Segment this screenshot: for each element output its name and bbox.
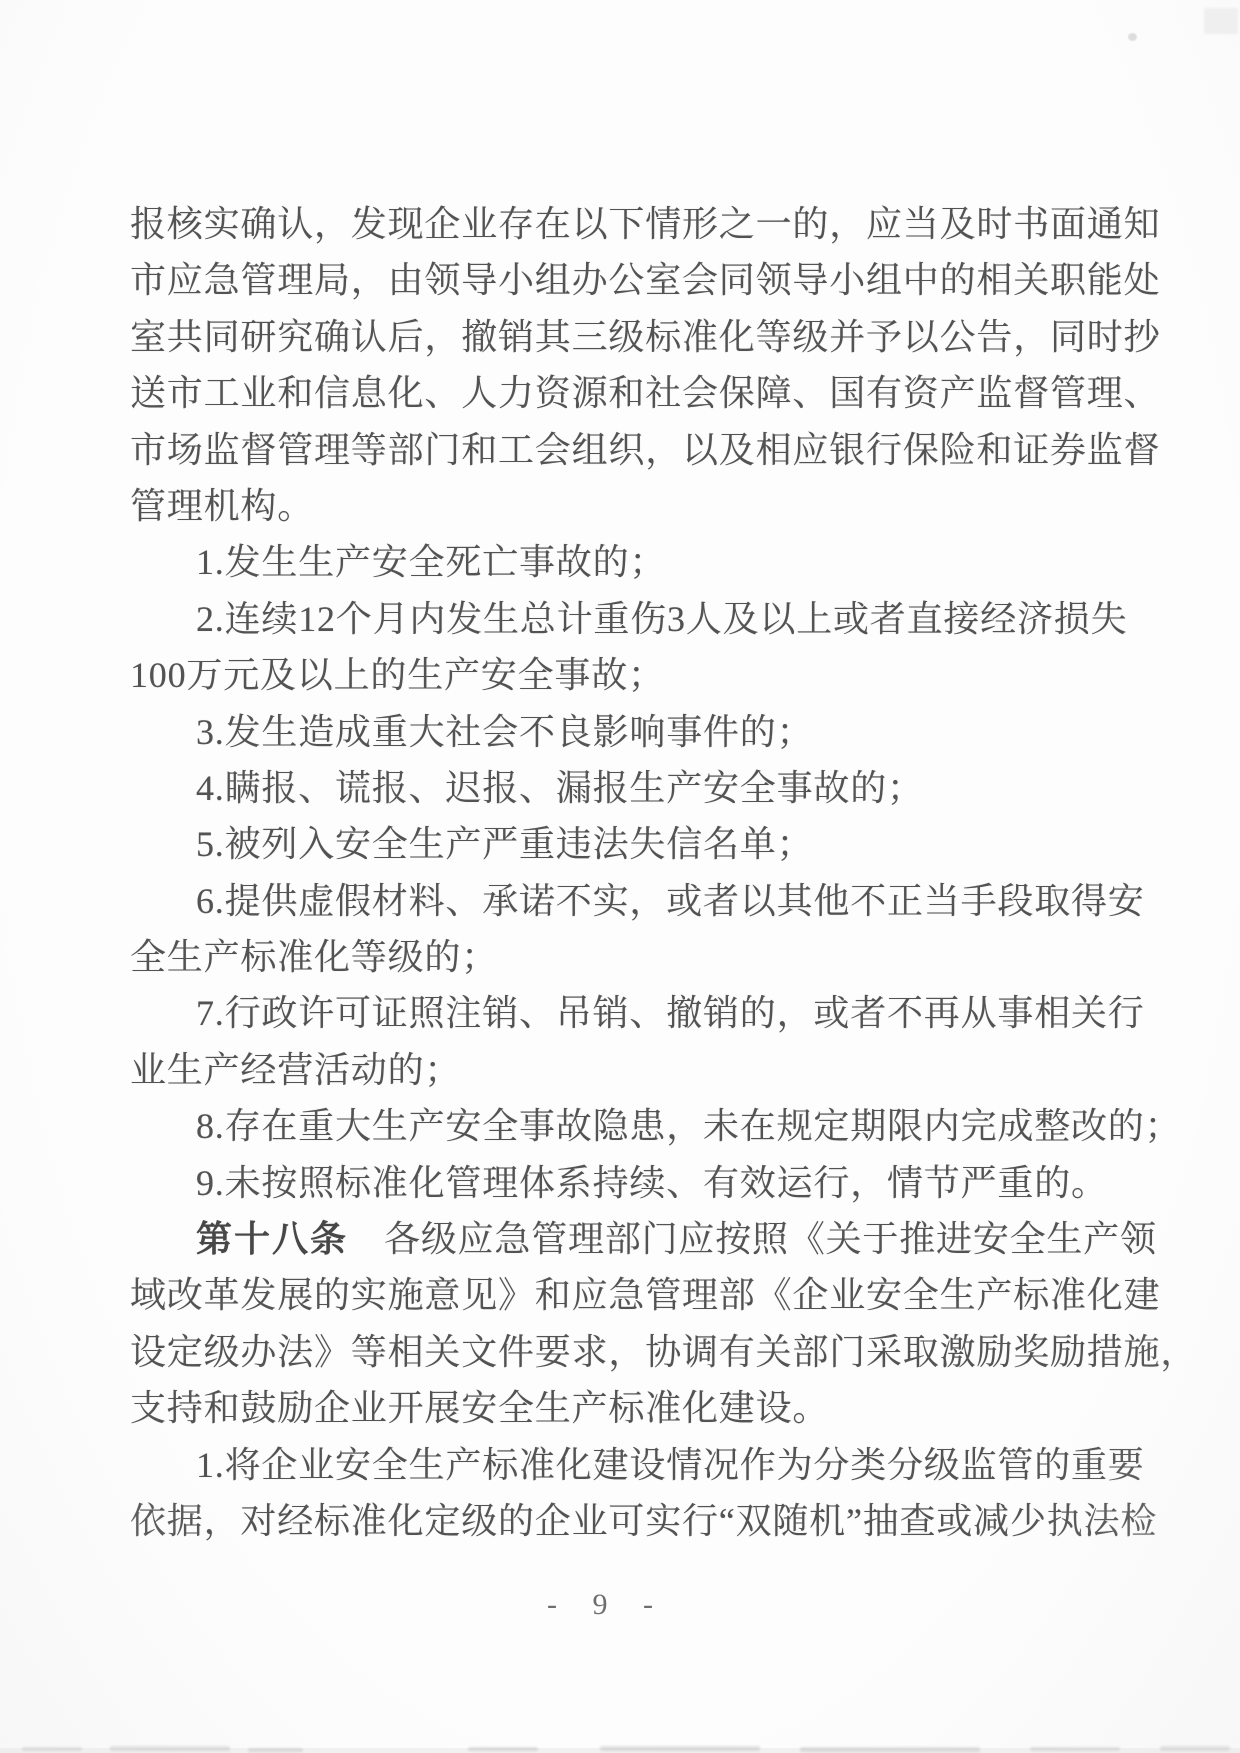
page-number: - 9 -	[0, 1588, 1214, 1622]
scan-smudge	[468, 1747, 538, 1751]
text-line: 市应急管理局，由领导小组办公室会同领导小组中的相关职能处	[130, 252, 1130, 308]
scan-smudge	[600, 1746, 760, 1751]
text-line: 100万元及以上的生产安全事故；	[130, 647, 1130, 703]
article-number-label: 第十八条	[196, 1219, 348, 1259]
text-line: 室共同研究确认后，撤销其三级标准化等级并予以公告，同时抄	[130, 309, 1130, 365]
scan-smudge	[1204, 8, 1238, 34]
document-text-block: 报核实确认，发现企业存在以下情形之一的，应当及时书面通知 市应急管理局，由领导小…	[130, 196, 1130, 1549]
text-line: 送市工业和信息化、人力资源和社会保障、国有资产监督管理、	[130, 365, 1130, 421]
scan-smudge	[248, 1748, 303, 1752]
list-item-line: 2.连续12个月内发生总计重伤3人及以上或者直接经济损失	[130, 591, 1130, 647]
list-item-line: 5.被列入安全生产严重违法失信名单；	[130, 816, 1130, 872]
article-heading-line: 第十八条各级应急管理部门应按照《关于推进安全生产领	[130, 1211, 1130, 1267]
list-item-line: 4.瞒报、谎报、迟报、漏报生产安全事故的；	[130, 760, 1130, 816]
text-line: 市场监督管理等部门和工会组织，以及相应银行保险和证券监督	[130, 422, 1130, 478]
list-item-line: 9.未按照标准化管理体系持续、有效运行，情节严重的。	[130, 1155, 1130, 1211]
list-item-line: 1.将企业安全生产标准化建设情况作为分类分级监管的重要	[130, 1437, 1130, 1493]
text-line: 全生产标准化等级的；	[130, 929, 1130, 985]
article-text: 各级应急管理部门应按照《关于推进安全生产领	[384, 1219, 1157, 1259]
scan-smudge	[22, 1747, 82, 1751]
scan-smudge	[110, 1746, 230, 1751]
scan-smudge	[1160, 1746, 1230, 1751]
document-page: 报核实确认，发现企业存在以下情形之一的，应当及时书面通知 市应急管理局，由领导小…	[0, 0, 1240, 1753]
text-line: 设定级办法》等相关文件要求，协调有关部门采取激励奖励措施，	[130, 1324, 1130, 1380]
text-line: 管理机构。	[130, 478, 1130, 534]
list-item-line: 3.发生造成重大社会不良影响事件的；	[130, 704, 1130, 760]
list-item-line: 1.发生生产安全死亡事故的；	[130, 534, 1130, 590]
scan-smudge	[800, 1747, 980, 1752]
list-item-line: 7.行政许可证照注销、吊销、撤销的，或者不再从事相关行	[130, 985, 1130, 1041]
list-item-line: 6.提供虚假材料、承诺不实，或者以其他不正当手段取得安	[130, 873, 1130, 929]
text-line: 依据，对经标准化定级的企业可实行“双随机”抽查或减少执法检	[130, 1493, 1130, 1549]
text-line: 支持和鼓励企业开展安全生产标准化建设。	[130, 1380, 1130, 1436]
text-line: 报核实确认，发现企业存在以下情形之一的，应当及时书面通知	[130, 196, 1130, 252]
list-item-line: 8.存在重大生产安全事故隐患，未在规定期限内完成整改的；	[130, 1098, 1130, 1154]
scan-speck	[1128, 33, 1137, 41]
text-line: 业生产经营活动的；	[130, 1042, 1130, 1098]
text-line: 域改革发展的实施意见》和应急管理部《企业安全生产标准化建	[130, 1267, 1130, 1323]
scan-smudge	[1030, 1747, 1120, 1751]
